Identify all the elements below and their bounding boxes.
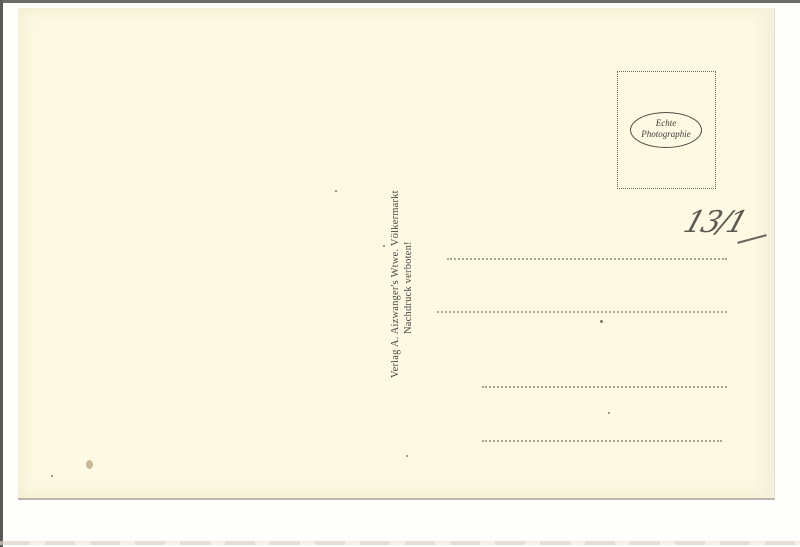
echte-photographie-logo: Echte Photographie — [630, 112, 702, 148]
publisher-name: Verlag A. Aizwanger's Wtwe. Völkermarkt — [389, 118, 402, 378]
scan-border-left — [0, 0, 3, 547]
paper-speck — [383, 245, 385, 247]
scan-border-bottom — [0, 541, 800, 545]
address-line-4 — [482, 440, 722, 443]
paper-speck — [406, 455, 408, 457]
address-line-3 — [482, 386, 727, 389]
paper-speck — [608, 412, 610, 414]
paper-stain — [86, 460, 93, 469]
paper-speck — [335, 190, 337, 192]
paper-speck — [51, 475, 53, 477]
paper-speck — [600, 320, 603, 323]
publisher-imprint: Verlag A. Aizwanger's Wtwe. Völkermarkt … — [383, 118, 421, 378]
address-line-1 — [447, 258, 727, 261]
stamp-placement-box: Echte Photographie — [617, 71, 716, 189]
scan-border-top — [0, 0, 800, 3]
handwritten-note: 13/1 — [679, 205, 750, 240]
copyright-notice: Nachdruck verboten! — [402, 118, 415, 378]
address-line-2 — [437, 311, 727, 314]
